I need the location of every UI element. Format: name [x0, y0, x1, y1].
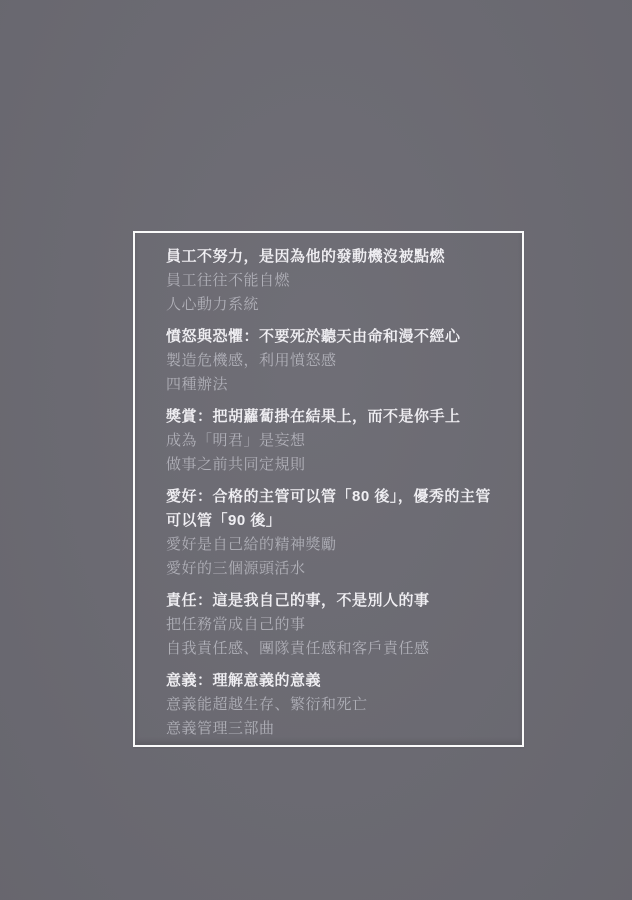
- chapter-title: 責任：這是我自己的事，不是別人的事: [166, 589, 506, 613]
- toc-section: 責任：這是我自己的事，不是別人的事 把任務當成自己的事 自我責任感、團隊責任感和…: [166, 589, 506, 661]
- chapter-subitem: 成為「明君」是妄想: [166, 429, 506, 453]
- book-page: 員工不努力，是因為他的發動機沒被點燃 員工往往不能自燃 人心動力系統 憤怒與恐懼…: [0, 0, 632, 900]
- chapter-subitem: 意義能超越生存、繁衍和死亡: [166, 693, 506, 717]
- toc-section: 愛好：合格的主管可以管「80 後」，優秀的主管可以管「90 後」 愛好是自己給的…: [166, 485, 506, 581]
- chapter-subitem: 做事之前共同定規則: [166, 453, 506, 477]
- chapter-title: 意義：理解意義的意義: [166, 669, 506, 693]
- toc-section: 意義：理解意義的意義 意義能超越生存、繁衍和死亡 意義管理三部曲: [166, 669, 506, 741]
- chapter-subitem: 製造危機感，利用憤怒感: [166, 349, 506, 373]
- chapter-subitem: 意義管理三部曲: [166, 717, 506, 741]
- chapter-subitem: 員工往往不能自燃: [166, 269, 506, 293]
- chapter-subitem: 四種辦法: [166, 373, 506, 397]
- toc-section: 獎賞：把胡蘿蔔掛在結果上，而不是你手上 成為「明君」是妄想 做事之前共同定規則: [166, 405, 506, 477]
- chapter-title: 憤怒與恐懼：不要死於聽天由命和漫不經心: [166, 325, 506, 349]
- toc-section: 員工不努力，是因為他的發動機沒被點燃 員工往往不能自燃 人心動力系統: [166, 245, 506, 317]
- toc-section: 憤怒與恐懼：不要死於聽天由命和漫不經心 製造危機感，利用憤怒感 四種辦法: [166, 325, 506, 397]
- chapter-title: 獎賞：把胡蘿蔔掛在結果上，而不是你手上: [166, 405, 506, 429]
- chapter-subitem: 把任務當成自己的事: [166, 613, 506, 637]
- toc-panel: 員工不努力，是因為他的發動機沒被點燃 員工往往不能自燃 人心動力系統 憤怒與恐懼…: [133, 231, 524, 747]
- chapter-subitem: 自我責任感、團隊責任感和客戶責任感: [166, 637, 506, 661]
- chapter-subitem: 愛好的三個源頭活水: [166, 557, 506, 581]
- chapter-title: 員工不努力，是因為他的發動機沒被點燃: [166, 245, 506, 269]
- chapter-subitem: 愛好是自己給的精神獎勵: [166, 533, 506, 557]
- chapter-title: 愛好：合格的主管可以管「80 後」，優秀的主管可以管「90 後」: [166, 485, 506, 533]
- chapter-subitem: 人心動力系統: [166, 293, 506, 317]
